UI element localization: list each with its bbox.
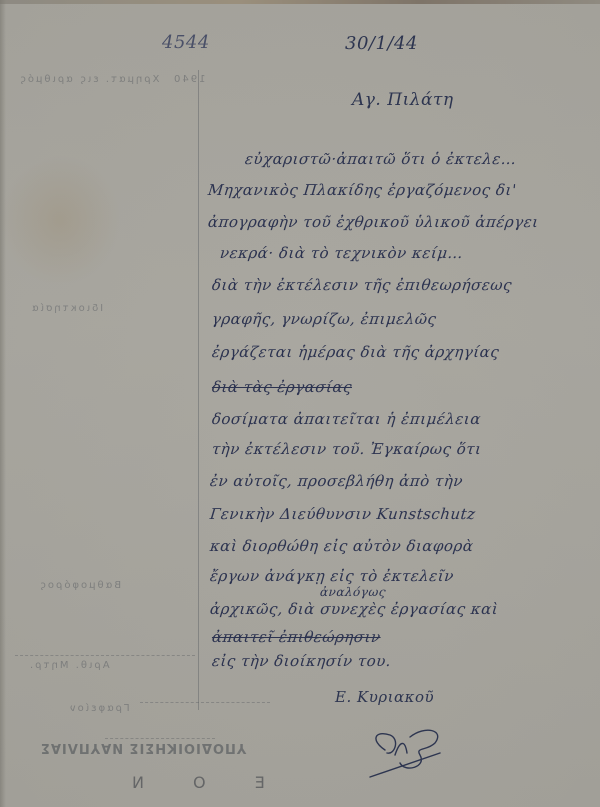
salutation: Αγ. Πιλάτη [352,90,454,110]
bleed-label-registry: Αριθ. Μητρ. [28,660,110,671]
signature-name: Ε. Κυριακοῦ [335,688,434,706]
bleed-rule [140,702,270,703]
body-line: εἰς τὴν διοίκησίν του. [211,652,392,670]
body-line: ἀρχικῶς, διὰ συνεχὲς ἐργασίας καὶ [209,600,499,618]
body-line: εὐχαριστῶ·ἀπαιτῶ ὅτι ὁ ἐκτελε… [244,150,517,168]
body-line: διὰ τὴν ἐκτέλεσιν τῆς ἐπιθεωρήσεως [211,276,513,294]
bleed-rule [15,655,195,656]
body-line: τὴν ἐκτέλεσιν τοῦ. Ἐγκαίρως ὅτι [211,440,482,458]
bleed-rule [105,738,215,739]
form-margin-line [198,70,199,710]
body-line: γραφῆς, γνωρίζω, ἐπιμελῶς [211,310,437,328]
stamp-initials: Ε Ο Ν [110,773,265,792]
interlinear-insertion: ἀναλόγως [319,585,386,599]
struck-text: ἀπαιτεῖ ἐπιθεώρησιν [211,628,382,646]
body-line: ἀπαιτεῖ ἐπιθεώρησιν [211,628,382,646]
signature-flourish-icon [365,725,475,785]
body-line: δοσίματα ἀπαιτεῖται ἡ ἐπιμέλεια [211,410,482,428]
scanned-letter-page: Χρηματ. εις αριθμός 1940 Ιδιοκτησία Βαθμ… [0,0,600,807]
bleed-label-rank: Βαθμοφόρος [38,580,121,591]
body-line: Γενικὴν Διεύθυνσιν Kunstschutz [209,505,477,523]
body-line: Μηχανικὸς Πλακίδης ἐργαζόμενος δι' [207,181,517,199]
paper-left-edge [0,0,6,807]
body-line: ἀπογραφὴν τοῦ ἐχθρικοῦ ὑλικοῦ ἀπέργει [207,213,540,231]
paper-top-edge [0,0,600,4]
body-line: καὶ διορθώθη εἰς αὐτὸν διαφορὰ [209,537,474,555]
struck-text: διὰ τὰς ἐργασίας [211,378,353,396]
bleed-label-office: Γραφείον [68,703,130,714]
bleed-label-year: 1940 [172,74,205,85]
body-line: ἐργάζεται ἡμέρας διὰ τῆς ἀρχηγίας [211,343,500,361]
reference-number: 4544 [162,32,210,53]
bleed-label-ownership: Ιδιοκτησία [30,303,103,314]
body-line: ἐν αὐτοῖς, προσεβλήθη ἀπὸ τὴν [209,472,464,490]
body-line: ἔργων ἀνάγκῃ εἰς τὸ ἐκτελεῖν [209,567,455,585]
stamp-text: ΥΠΟΔΙΟΙΚΗΣΙΣ ΝΑΥΠΛΙΑΣ [40,740,246,755]
letter-date: 30/1/44 [345,33,418,54]
body-line: νεκρά· διὰ τὸ τεχνικὸν κείμ… [219,244,464,262]
body-line: διὰ τὰς ἐργασίας [211,378,353,396]
bleed-label-header: Χρηματ. εις αριθμός [18,74,160,85]
